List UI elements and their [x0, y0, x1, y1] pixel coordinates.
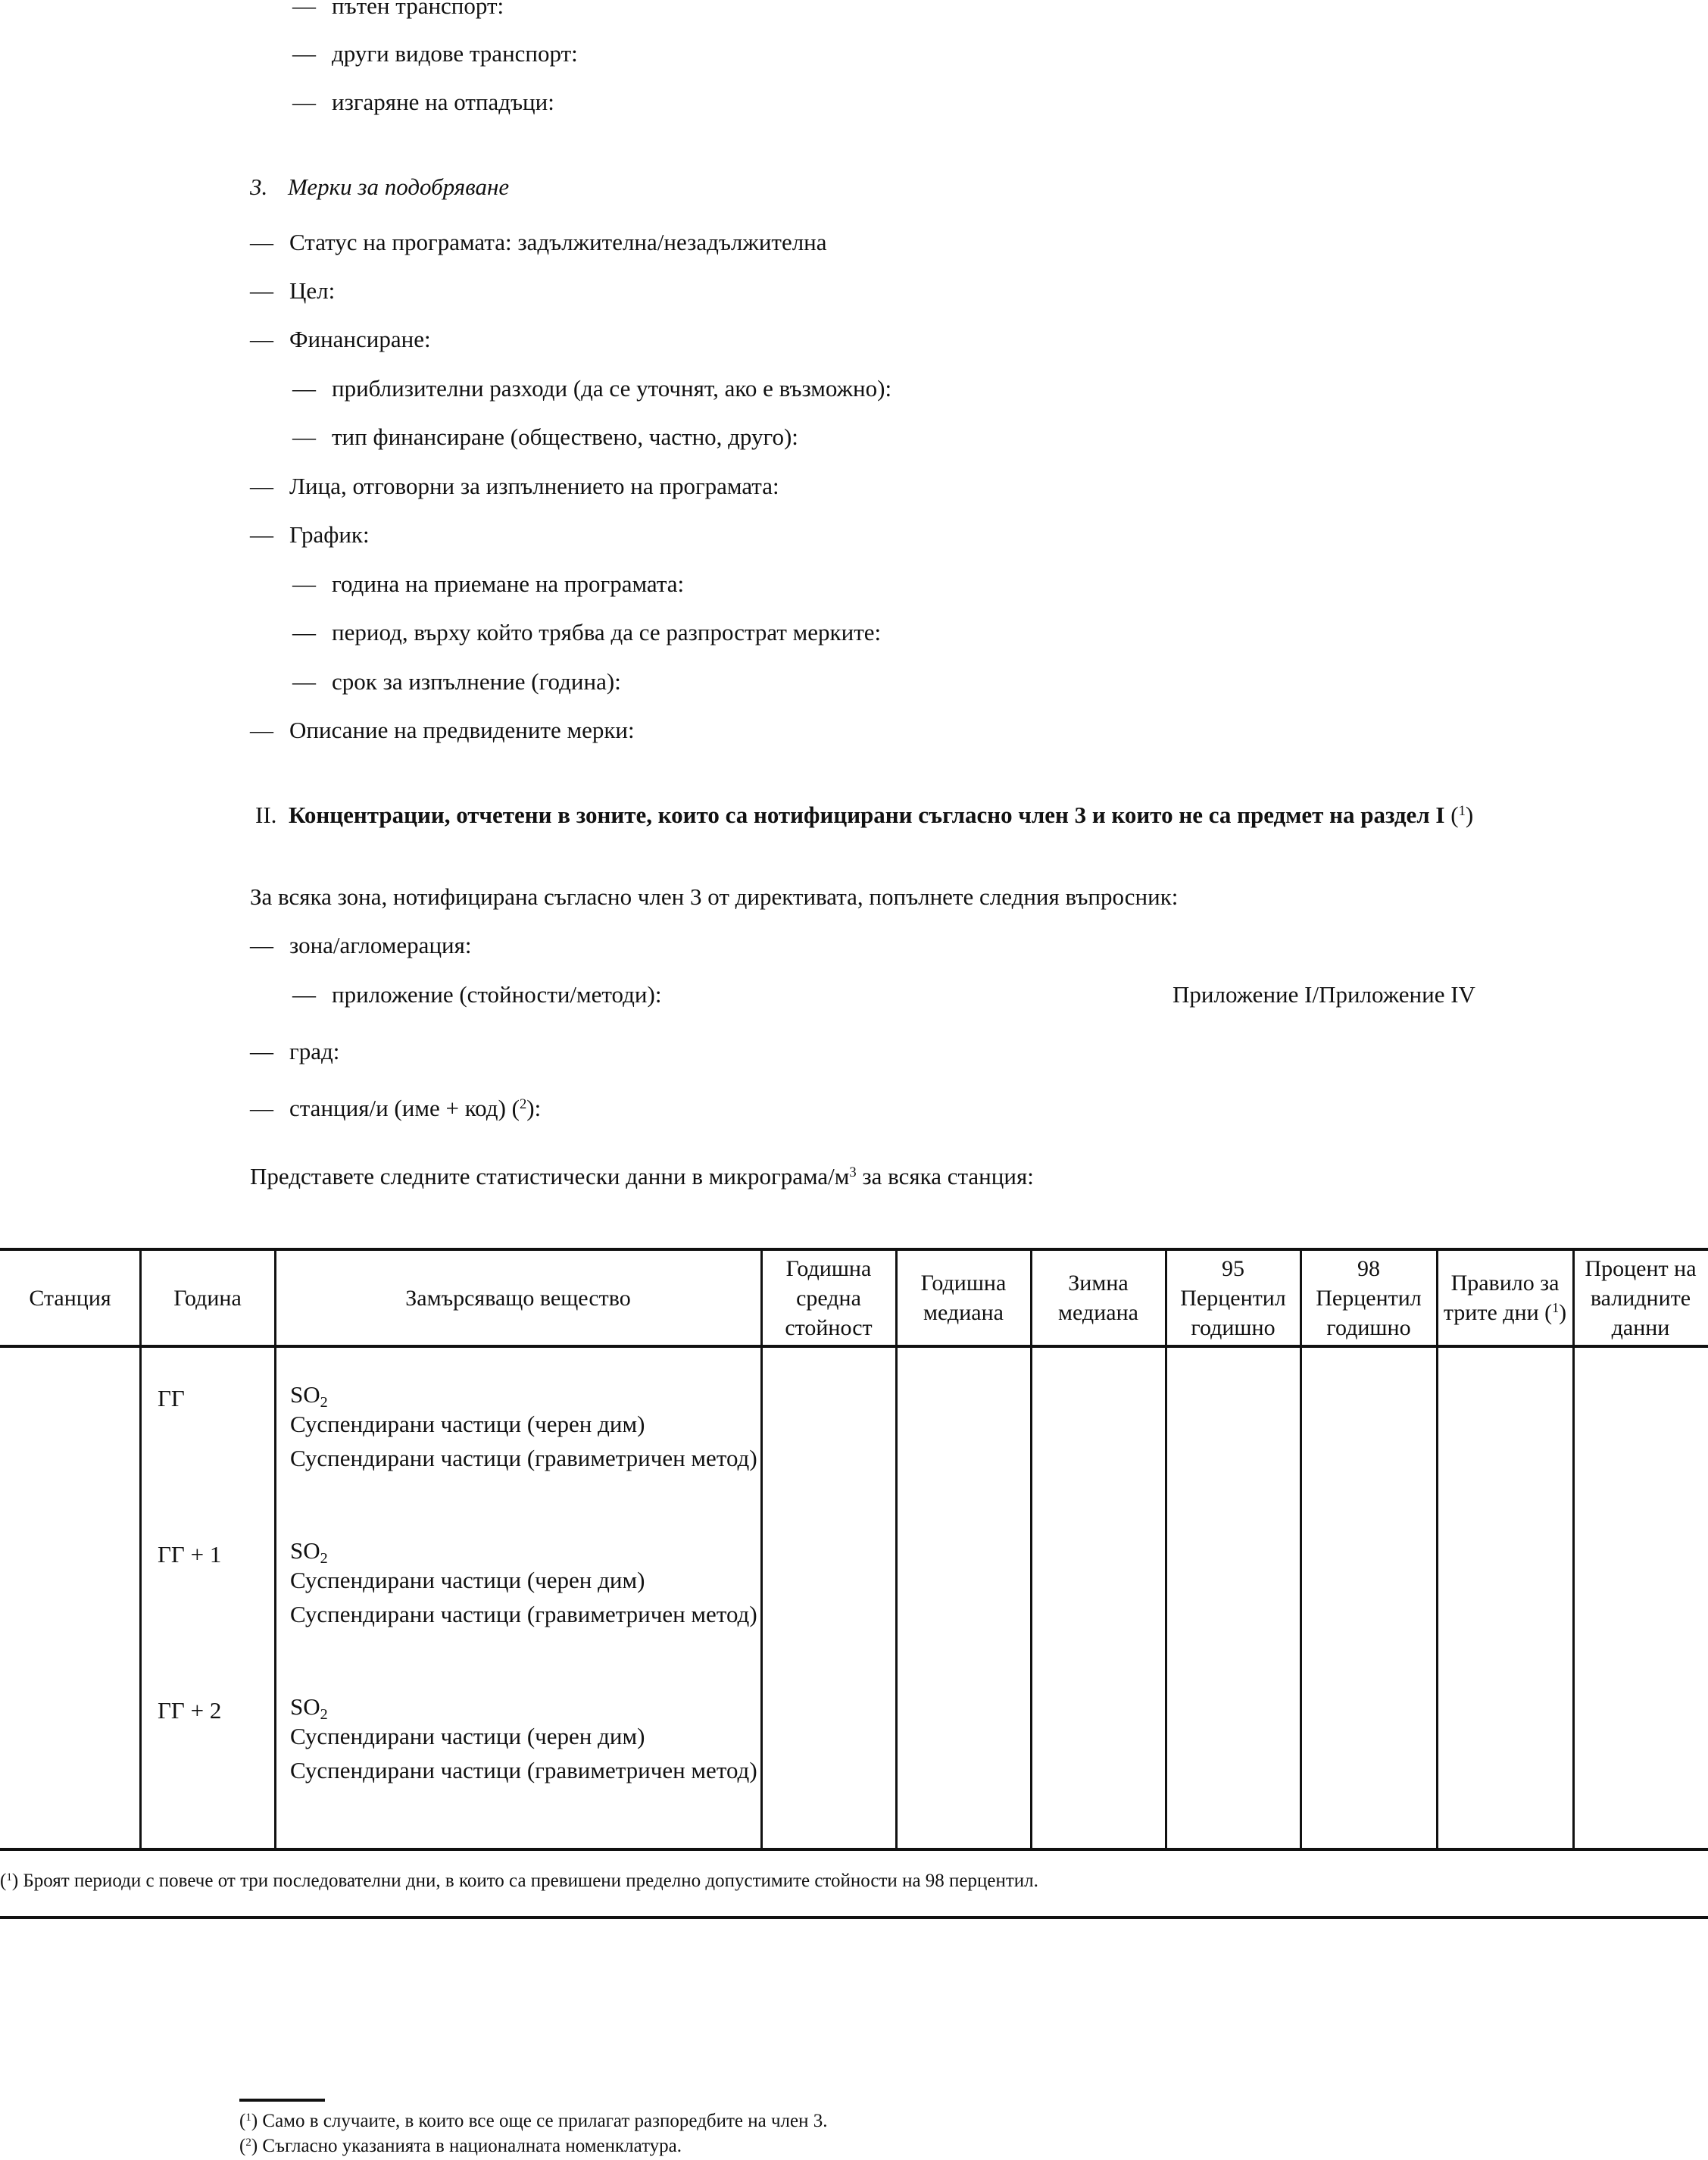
table-note-rule — [0, 1916, 1708, 1919]
section-3-item: —Цел: — [250, 279, 335, 302]
section-3-item: —период, върху който трябва да се разпро… — [292, 620, 881, 644]
year-cell: ГГ + 2 — [158, 1697, 221, 1724]
column-header: Зимнамедиана — [1031, 1251, 1166, 1345]
list-item-other-transport: —други видове транспорт: — [292, 42, 578, 65]
footnote-1: (1) Само в случаите, в които все още се … — [239, 2112, 828, 2130]
year-cell: ГГ + 1 — [158, 1541, 221, 1568]
pollutant-name: Суспендирани частици (черен дим) — [290, 1724, 757, 1748]
list-item-road-transport: —пътен транспорт: — [292, 0, 504, 17]
pollutant-name: Суспендирани частици (гравиметричен мето… — [290, 1602, 757, 1626]
column-header: Правило затрите дни (1) — [1437, 1251, 1573, 1345]
pollutant-name: Суспендирани частици (гравиметричен мето… — [290, 1446, 757, 1470]
dash-bullet: — — [292, 0, 332, 17]
pollutant-cell: SO2Суспендирани частици (черен дим)Суспе… — [290, 1539, 757, 1636]
dash-bullet: — — [250, 279, 289, 302]
dash-bullet: — — [250, 718, 289, 742]
column-header: Година — [140, 1251, 275, 1345]
dash-bullet: — — [292, 670, 332, 693]
section-3-item: —Финансиране: — [250, 327, 431, 351]
footnote-2: (2) Съгласно указанията в националната н… — [239, 2137, 682, 2155]
dash-bullet: — — [250, 523, 289, 546]
zone-field-label: —зона/агломерация: — [250, 933, 472, 957]
dash-bullet: — — [292, 90, 332, 114]
pollutant-name: SO2 — [290, 1695, 757, 1718]
column-header: Процент навалиднитеданни — [1573, 1251, 1708, 1345]
dash-bullet: — — [292, 572, 332, 595]
pollutant-cell: SO2Суспендирани частици (черен дим)Суспе… — [290, 1695, 757, 1793]
dash-bullet: — — [292, 620, 332, 644]
dash-bullet: — — [250, 327, 289, 351]
section-3-heading: 3.Мерки за подобряване — [250, 175, 509, 198]
list-item-waste-incineration: —изгаряне на отпадъци: — [292, 90, 554, 114]
pollutant-name: SO2 — [290, 1383, 757, 1406]
section-3-item: —тип финансиране (обществено, частно, др… — [292, 425, 798, 449]
station-field-label: —станция/и (име + код) (2): — [250, 1096, 541, 1120]
section-3-item: —График: — [250, 523, 370, 546]
column-header: 98Перцентилгодишно — [1301, 1251, 1437, 1345]
pollutant-name: Суспендирани частици (черен дим) — [290, 1412, 757, 1436]
annex-field-value: Приложение I/Приложение IV — [1172, 983, 1475, 1006]
section-2-heading: II.Концентрации, отчетени в зоните, коит… — [255, 803, 1473, 827]
stats-intro: Представете следните статистически данни… — [250, 1164, 1034, 1188]
section-3-item: —срок за изпълнение (година): — [292, 670, 621, 693]
pollutant-name: Суспендирани частици (гравиметричен мето… — [290, 1758, 757, 1782]
year-cell: ГГ — [158, 1385, 185, 1412]
column-header: Годишнасреднастойност — [761, 1251, 896, 1345]
city-field-label: —град: — [250, 1039, 339, 1063]
pollutant-name: Суспендирани частици (черен дим) — [290, 1568, 757, 1592]
pollutant-cell: SO2Суспендирани частици (черен дим)Суспе… — [290, 1383, 757, 1480]
table-bottom-rule — [0, 1848, 1708, 1851]
dash-bullet: — — [250, 230, 289, 254]
dash-bullet: — — [292, 425, 332, 449]
section-3-item: —Описание на предвидените мерки: — [250, 718, 635, 742]
column-header: Годишнамедиана — [896, 1251, 1031, 1345]
column-header: 95Перцентилгодишно — [1166, 1251, 1301, 1345]
dash-bullet: — — [292, 42, 332, 65]
section-3-item: —приблизителни разходи (да се уточнят, а… — [292, 377, 891, 400]
section-3-item: —година на приемане на програмата: — [292, 572, 684, 595]
footnote-separator — [239, 2099, 325, 2102]
annex-field-label: —приложение (стойности/методи): — [292, 983, 661, 1006]
table-header-rule — [0, 1345, 1708, 1348]
section-2-intro: За всяка зона, нотифицирана съгласно чле… — [250, 885, 1178, 908]
section-3-item: —Лица, отговорни за изпълнението на прог… — [250, 474, 779, 498]
dash-bullet: — — [292, 377, 332, 400]
column-header: Станция — [0, 1251, 140, 1345]
statistics-table: СтанцияГодинаЗамърсяващо веществоГодишна… — [0, 1248, 1708, 1851]
dash-bullet: — — [250, 474, 289, 498]
column-header: Замърсяващо вещество — [275, 1251, 761, 1345]
pollutant-name: SO2 — [290, 1539, 757, 1562]
table-note: (1) Броят периоди с повече от три послед… — [0, 1871, 1038, 1890]
section-3-item: —Статус на програмата: задължителна/неза… — [250, 230, 827, 254]
